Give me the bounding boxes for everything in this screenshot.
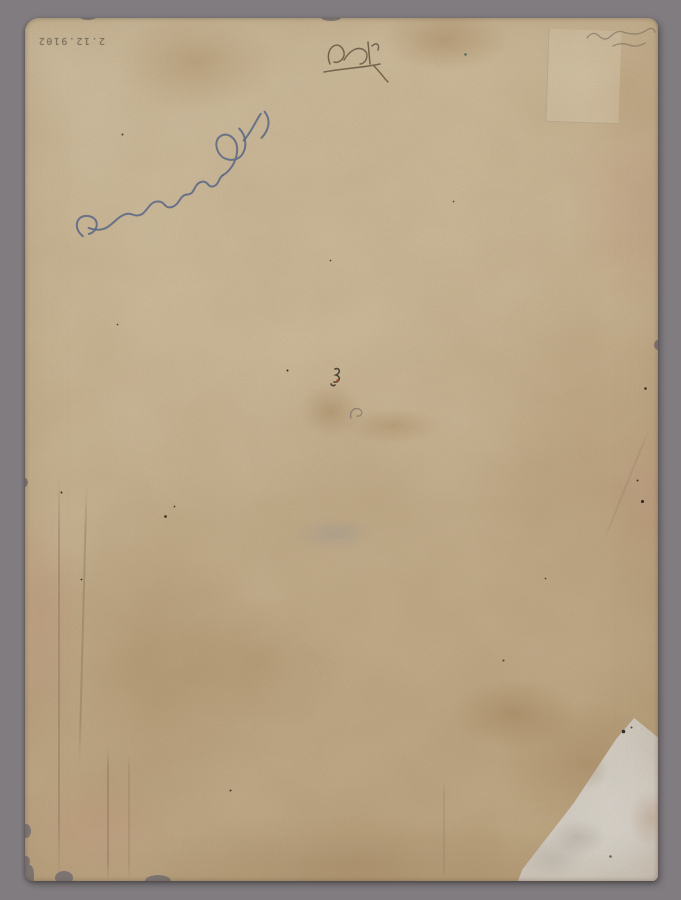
crease-bottom-left-2 <box>128 753 130 881</box>
edge-chip <box>25 824 31 838</box>
center-ink-mark <box>327 366 343 388</box>
edge-chip <box>25 864 34 881</box>
manuscript-verso-sheet: 2.12.9102 <box>25 18 658 881</box>
edge-chip <box>80 18 96 20</box>
edge-chip <box>55 871 73 881</box>
photo-background: 2.12.9102 <box>0 0 681 900</box>
foxing-specks <box>25 18 26 19</box>
edge-chip <box>654 340 658 350</box>
blue-showthrough-smudge <box>277 510 392 558</box>
crease-right-diagonal <box>603 430 650 542</box>
accession-number-inscription: 2.12.9102 <box>27 28 105 46</box>
crease-left-mid <box>78 486 87 761</box>
crease-bottom-center <box>443 780 445 881</box>
gray-curl-mark <box>348 404 368 422</box>
ink-scribble-top-center <box>314 34 394 84</box>
edge-chip <box>25 478 28 487</box>
pencil-notation-top-right <box>583 22 658 52</box>
edge-chip <box>321 18 341 21</box>
crease-bottom-left-1 <box>107 748 109 881</box>
torn-corner-backing-patch <box>518 718 658 881</box>
edge-chip <box>145 875 171 881</box>
crease-left-seam <box>58 473 60 881</box>
cursive-ink-inscription <box>65 109 280 251</box>
